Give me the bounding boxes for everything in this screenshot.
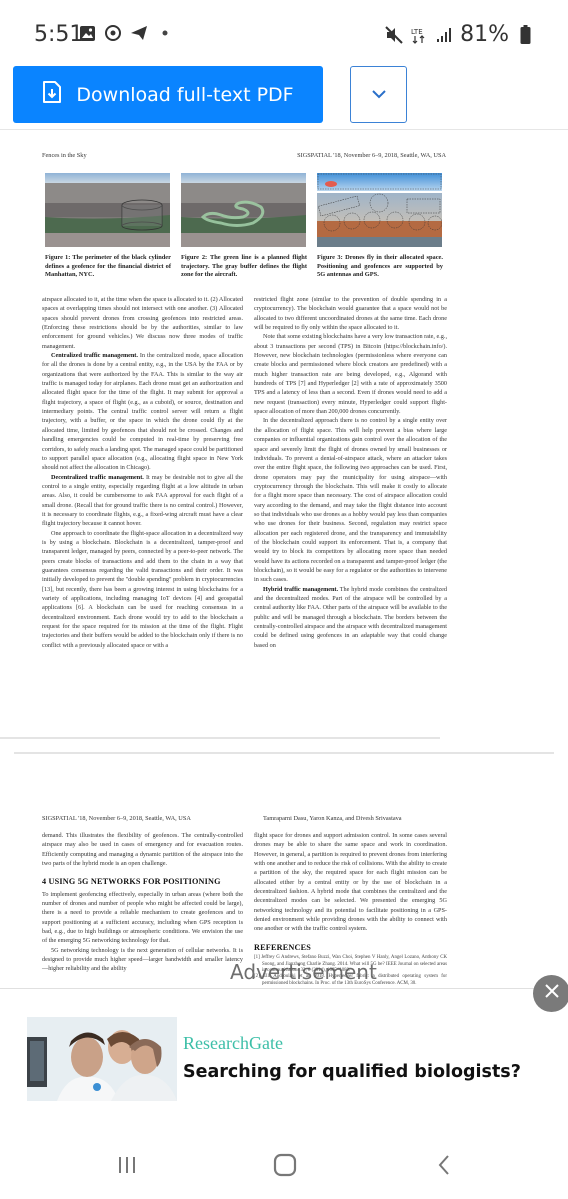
sync-icon [104,24,122,42]
figure-1-image [45,173,170,247]
paragraph: In the decentralized approach there is n… [254,416,447,584]
paragraph: 5G networking technology is the next gen… [42,946,243,974]
page-divider [0,737,440,739]
paragraph: restricted flight zone (similar to the p… [254,295,447,332]
dot-icon [156,24,174,42]
ad-banner[interactable]: ResearchGate Searching for qualified bio… [0,988,568,1108]
paragraph: One approach to coordinate the flight-sp… [42,529,243,650]
chevron-down-icon [371,86,387,104]
recents-icon [116,1155,138,1180]
download-pdf-label: Download full-text PDF [76,84,293,106]
notification-icons [78,24,174,42]
paragraph-heading: Centralized traffic management. [51,352,138,359]
running-head-left: Fences in the Sky [42,152,87,159]
status-bar: 5:51 LTE 81% [0,0,568,70]
advertisement-label: Advertisement [230,960,377,984]
more-options-dropdown[interactable] [350,66,407,123]
figure-3-image [317,173,442,247]
paragraph: To implement geofencing effectively, esp… [42,890,243,946]
ad-headline[interactable]: Searching for qualified biologists? [183,1062,521,1082]
telegram-icon [130,24,148,42]
pdf-page-1: Fences in the Sky SIGSPATIAL '18, Novemb… [0,140,568,740]
recents-button[interactable] [107,1152,147,1182]
references-heading: REFERENCES [254,943,447,952]
svg-text:LTE: LTE [411,28,423,36]
signal-icon [435,26,453,44]
figure-2-image [181,173,306,247]
mute-icon [385,26,403,44]
pdf-action-bar: Download full-text PDF [0,62,568,130]
page-divider [14,752,554,754]
page1-right-column: restricted flight zone (similar to the p… [254,295,447,650]
battery-icon [516,26,534,44]
battery-percent: 81% [460,22,509,47]
paragraph: demand. This illustrates the flexibility… [42,831,243,868]
running-head-left: SIGSPATIAL '18, November 6–9, 2018, Seat… [42,815,191,822]
ad-brand: ResearchGate [183,1033,283,1054]
section-heading: 4 USING 5G NETWORKS FOR POSITIONING [42,877,243,886]
figure-1-caption: Figure 1: The perimeter of the black cyl… [45,254,171,280]
page1-left-column: airspace allocated to it, at the time wh… [42,295,243,650]
figure-2-caption: Figure 2: The green line is a planned fl… [181,254,307,280]
figure-3-caption: Figure 3: Drones fly in their allocated … [317,254,443,280]
paragraph: Decentralized traffic management. It may… [42,473,243,529]
file-download-icon [42,80,62,110]
paragraph-heading: Hybrid traffic management. [263,586,338,593]
back-button[interactable] [424,1152,464,1182]
image-icon [78,24,96,42]
ad-image[interactable] [27,1017,177,1101]
close-icon [544,983,560,1004]
download-pdf-button[interactable]: Download full-text PDF [13,66,323,123]
status-time: 5:51 [34,22,83,47]
paragraph: Note that some existing blockchains have… [254,332,447,416]
paragraph-heading: Decentralized traffic management. [51,474,144,481]
paragraph: flight space for drones and support admi… [254,831,447,934]
system-navigation-bar [0,1130,568,1199]
paragraph: Hybrid traffic management. The hybrid mo… [254,585,447,650]
running-head-right: SIGSPATIAL '18, November 6–9, 2018, Seat… [297,152,446,159]
ad-close-button[interactable] [533,975,568,1012]
paragraph: airspace allocated to it, at the time wh… [42,295,243,351]
page2-left-column: demand. This illustrates the flexibility… [42,831,243,974]
back-icon [437,1154,451,1181]
paragraph: Centralized traffic management. In the c… [42,351,243,472]
system-icons: LTE 81% [385,22,534,47]
running-head-right: Tamraparni Dasu, Yaron Kanza, and Divesh… [263,815,402,822]
home-icon [273,1153,297,1182]
lte-icon: LTE [410,26,428,44]
home-button[interactable] [265,1152,305,1182]
